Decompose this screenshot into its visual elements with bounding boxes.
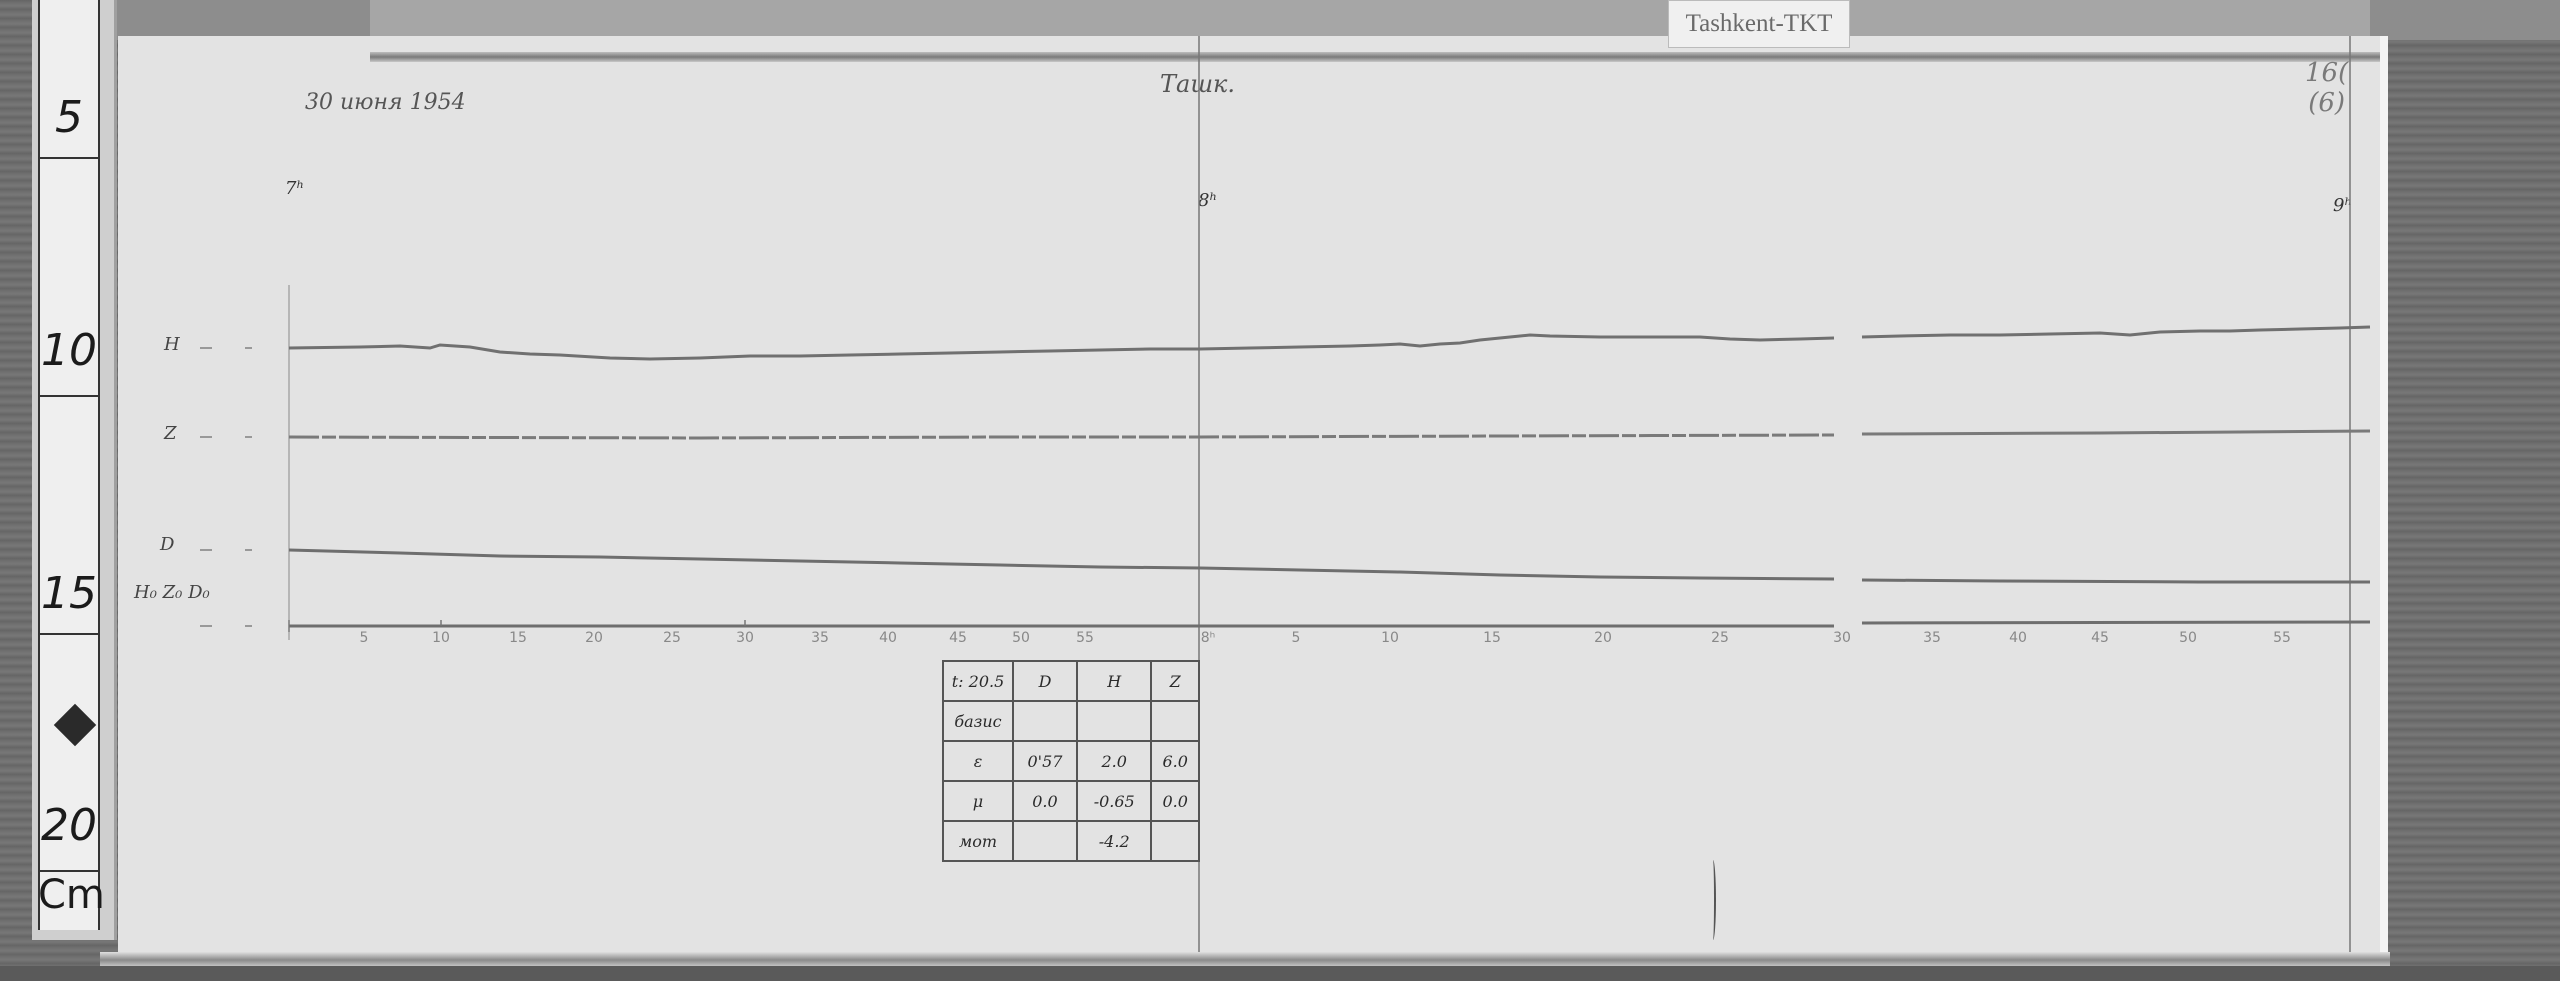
tick-label: 30 xyxy=(736,630,754,646)
cell-d xyxy=(1013,701,1077,741)
tick-label: 55 xyxy=(2273,630,2291,646)
tick-label: 55 xyxy=(1076,630,1094,646)
tick-label: 20 xyxy=(585,630,603,646)
table-row: ε 0'57 2.0 6.0 xyxy=(943,741,1199,781)
cell-h: -4.2 xyxy=(1077,821,1152,861)
tick-label: 10 xyxy=(432,630,450,646)
trace-h-2 xyxy=(1862,327,2370,337)
tick-label: 5 xyxy=(360,630,369,646)
row-label: базис xyxy=(943,701,1013,741)
tick-label: 25 xyxy=(663,630,681,646)
tick-label: 40 xyxy=(2009,630,2027,646)
tick-label: 35 xyxy=(811,630,829,646)
cell-h: 2.0 xyxy=(1077,741,1152,781)
table-header-temp: t: 20.5 xyxy=(943,661,1013,701)
trace-z xyxy=(289,435,1834,438)
paper-crease xyxy=(1710,860,1716,940)
table-header-d: D xyxy=(1013,661,1077,701)
cell-d: 0'57 xyxy=(1013,741,1077,781)
row-label: мот xyxy=(943,821,1013,861)
tick-label: 5 xyxy=(1292,630,1301,646)
cell-h: -0.65 xyxy=(1077,781,1152,821)
tick-label: 35 xyxy=(1923,630,1941,646)
cell-d: 0.0 xyxy=(1013,781,1077,821)
tick-label: 40 xyxy=(879,630,897,646)
cell-z: 6.0 xyxy=(1151,741,1199,781)
trace-d xyxy=(289,550,1834,579)
calibration-table: t: 20.5 D H Z базис ε 0'57 2.0 6.0 μ 0.0… xyxy=(942,660,1200,862)
row-label: μ xyxy=(943,781,1013,821)
tick-label: 8ʰ xyxy=(1201,630,1216,646)
trace-d-2 xyxy=(1862,580,2370,582)
cell-d xyxy=(1013,821,1077,861)
trace-z-2 xyxy=(1862,431,2370,434)
tick-label: 15 xyxy=(509,630,527,646)
tick-label: 10 xyxy=(1381,630,1399,646)
cell-z xyxy=(1151,701,1199,741)
table-header-row: t: 20.5 D H Z xyxy=(943,661,1199,701)
cell-z: 0.0 xyxy=(1151,781,1199,821)
trace-h xyxy=(289,335,1834,359)
tick-label: 45 xyxy=(2091,630,2109,646)
tick-label: 20 xyxy=(1594,630,1612,646)
trace-markers xyxy=(200,348,252,626)
tick-label: 45 xyxy=(949,630,967,646)
tick-label: 50 xyxy=(1012,630,1030,646)
baseline-2 xyxy=(1862,622,2370,623)
tick-label: 30 xyxy=(1833,630,1851,646)
tick-label: 15 xyxy=(1483,630,1501,646)
table-row: базис xyxy=(943,701,1199,741)
row-label: ε xyxy=(943,741,1013,781)
cell-h xyxy=(1077,701,1152,741)
tick-label: 25 xyxy=(1711,630,1729,646)
cell-z xyxy=(1151,821,1199,861)
table-header-h: H xyxy=(1077,661,1152,701)
table-row: мот -4.2 xyxy=(943,821,1199,861)
table-header-z: Z xyxy=(1151,661,1199,701)
magnetogram-traces xyxy=(0,0,2560,981)
tick-label: 50 xyxy=(2179,630,2197,646)
table-row: μ 0.0 -0.65 0.0 xyxy=(943,781,1199,821)
